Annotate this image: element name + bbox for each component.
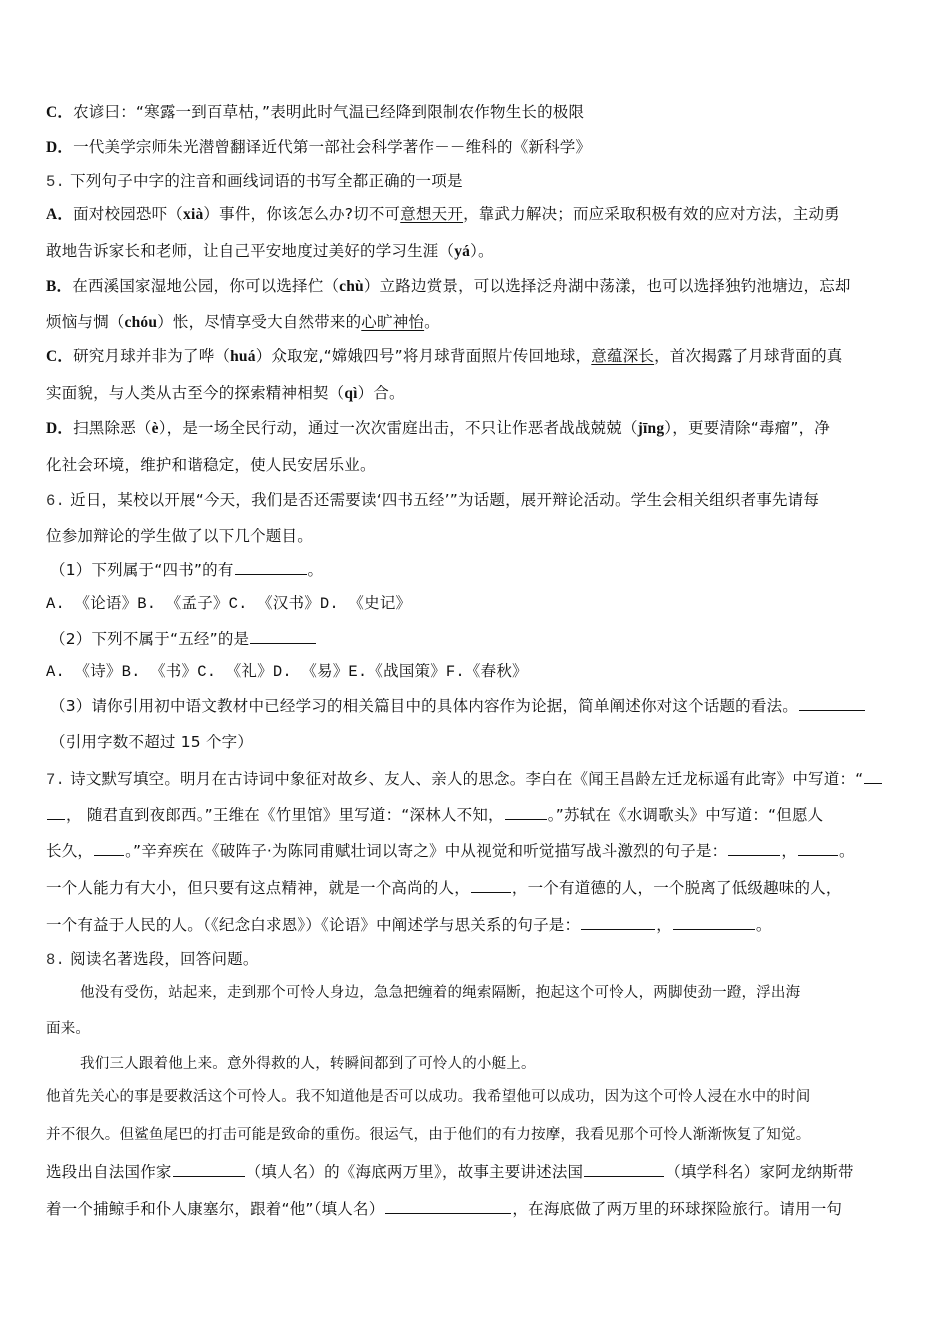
q8-excerpt-line5: 并不很久。但鲨鱼尾巴的打击可能是致命的重伤。很运气，由于他们的有力按摩，我看见那… (46, 1124, 908, 1146)
sub-question-text: （1）下列属于“四书”的有 (50, 561, 234, 579)
q5-stem: 5. 下列句子中字的注音和画线词语的书写全都正确的一项是 (46, 170, 908, 193)
text: 面对校园恐吓（ (73, 205, 183, 223)
q5-option-c-line1: C．研究月球并非为了哗（huá）众取宠,“嫦娥四号”将月球背面照片传回地球，意蕴… (46, 345, 908, 368)
text: 。 (839, 842, 855, 860)
q7-line1: 7. 诗文默写填空。明月在古诗词中象征对故乡、友人、亲人的思念。李白在《闻王昌龄… (46, 767, 908, 791)
question-text: 位参加辩论的学生做了以下几个题目。 (46, 527, 313, 545)
text: 一个有益于人民的人。（《纪念白求恩》）《论语》中阐述学与思关系的句子是： (46, 916, 580, 934)
q8-excerpt-line2: 面来。 (46, 1018, 908, 1040)
q8-excerpt-line1: 他没有受伤，站起来，走到那个可怜人身边，急急把缠着的绳索隔断，抱起这个可怜人，两… (80, 982, 942, 1004)
text: ， (656, 916, 672, 934)
text: ）事件，你该怎么办?切不可 (203, 205, 400, 223)
option-label: C． (46, 104, 73, 121)
q7-line5: 一个有益于人民的人。（《纪念白求恩》）《论语》中阐述学与思关系的句子是：，。 (46, 913, 908, 936)
option-label: D． (46, 420, 73, 437)
text: ），是一场全民行动，通过一次次雷庭出击，不只让作恶者战战兢兢（ (159, 419, 638, 437)
q5-option-b-line1: B．在西溪国家湿地公园，你可以选择伫（chù）立路边赏景，可以选择泛舟湖中荡漾，… (46, 275, 908, 298)
question-number: 6. (46, 492, 65, 510)
answer-blank[interactable] (505, 803, 547, 820)
text: 。”苏轼在《水调歌头》中写道：“但愿人 (548, 806, 824, 824)
q8-stem: 8. 阅读名著选段，回答问题。 (46, 948, 908, 971)
question-text: 近日，某校以开展“今天，我们是否还需要读‘四书五经’”为话题，展开辩论活动。学生… (70, 491, 819, 509)
options-text: A. 《诗》B. 《书》C. 《礼》D. 《易》E.《战国策》F.《春秋》 (46, 663, 528, 681)
question-number: 5. (46, 173, 65, 191)
text: 一个人能力有大小，但只要有这点精神，就是一个高尚的人， (46, 879, 470, 897)
q5-option-d-line2: 化社会环境，维护和谐稳定，使人民安居乐业。 (46, 454, 908, 476)
q6-sub1: （1）下列属于“四书”的有。 (50, 558, 912, 581)
pinyin: huá (230, 348, 256, 365)
sub-question-text: （3）请你引用初中语文教材中已经学习的相关篇目中的具体内容作为论据，简单阐述你对… (50, 697, 798, 715)
option-label: A． (46, 206, 73, 223)
text: 选段出自法国作家 (46, 1163, 172, 1181)
q6-sub2: （2）下列不属于“五经”的是 (50, 627, 912, 650)
text: ，靠武力解决；而应采取积极有效的应对方法，主动勇 (463, 205, 840, 223)
q6-stem-line2: 位参加辩论的学生做了以下几个题目。 (46, 525, 908, 547)
text: 化社会环境，维护和谐稳定，使人民安居乐业。 (46, 456, 376, 474)
exam-page: C．农谚曰：“寒露一到百草枯，”表明此时气温已经降到限制农作物生长的极限 D．一… (0, 0, 950, 1344)
q8-question-line2: 着一个捕鲸手和仆人康塞尔，跟着“他”（填人名），在海底做了两万里的环球探险旅行。… (46, 1197, 908, 1220)
text: 扫黑除恶（ (73, 419, 152, 437)
q6-stem-line1: 6. 近日，某校以开展“今天，我们是否还需要读‘四书五经’”为话题，展开辩论活动… (46, 489, 908, 512)
question-number: 8. (46, 951, 65, 969)
option-label: C． (46, 348, 73, 365)
text: ， 随君直到夜郎西。”王维在《竹里馆》里写道：“深林人不知， (66, 806, 504, 824)
text: ，在海底做了两万里的环球探险旅行。请用一句 (512, 1200, 842, 1218)
text: ， (781, 842, 797, 860)
text: ，一个有道德的人，一个脱离了低级趣味的人， (512, 879, 842, 897)
excerpt-text: 他没有受伤，站起来，走到那个可怜人身边，急急把缠着的绳索隔断，抱起这个可怜人，两… (80, 985, 800, 1001)
answer-blank[interactable] (250, 627, 316, 644)
q8-excerpt-line4: 他首先关心的事是要救活这个可怜人。我不知道他是否可以成功。我希望他可以成功，因为… (46, 1086, 908, 1108)
text: ），更要清除“毒瘤”，净 (664, 419, 830, 437)
pinyin: chóu (125, 314, 158, 331)
answer-blank[interactable] (673, 913, 755, 930)
text: （填学科名）家阿龙纳斯带 (665, 1163, 853, 1181)
text: 。”辛弃疾在《破阵子·为陈同甫赋壮词以寄之》中从视觉和听觉描写战斗激烈的句子是： (125, 842, 727, 860)
q8-excerpt-line3: 我们三人跟着他上来。意外得救的人，转瞬间都到了可怜人的小艇上。 (80, 1053, 942, 1075)
q7-line2: ， 随君直到夜郎西。”王维在《竹里馆》里写道：“深林人不知，。”苏轼在《水调歌头… (46, 803, 908, 826)
question-text: 诗文默写填空。明月在古诗词中象征对故乡、友人、亲人的思念。李白在《闻王昌龄左迁龙… (70, 770, 863, 788)
q4-option-c: C．农谚曰：“寒露一到百草枯，”表明此时气温已经降到限制农作物生长的极限 (46, 101, 908, 124)
text: 研究月球并非为了哗（ (73, 347, 230, 365)
option-label: D． (46, 139, 73, 156)
text: ）怅，尽情享受大自然带来的 (157, 313, 361, 331)
answer-blank[interactable] (471, 876, 511, 893)
q5-option-d-line1: D．扫黑除恶（è），是一场全民行动，通过一次次雷庭出击，不只让作恶者战战兢兢（j… (46, 417, 908, 440)
q6-sub3-note: （引用字数不超过 15 个字） (50, 731, 912, 753)
underlined-word: 意想天开 (400, 205, 463, 223)
text: ）众取宠,“嫦娥四号”将月球背面照片传回地球， (256, 347, 592, 365)
q6-sub3: （3）请你引用初中语文教材中已经学习的相关篇目中的具体内容作为论据，简单阐述你对… (50, 694, 912, 717)
q5-option-c-line2: 实面貌，与人类从古至今的探索精神相契（qì）合。 (46, 382, 908, 405)
answer-blank[interactable] (173, 1160, 245, 1177)
text: ，首次揭露了月球背面的真 (654, 347, 842, 365)
text: 。 (756, 916, 772, 934)
text: 长久， (46, 842, 93, 860)
underlined-word: 心旷神怡 (361, 313, 424, 331)
text: 在西溪国家湿地公园，你可以选择伫（ (72, 277, 339, 295)
option-text: 农谚曰：“寒露一到百草枯，”表明此时气温已经降到限制农作物生长的极限 (73, 103, 584, 121)
text: 着一个捕鲸手和仆人康塞尔，跟着“他”（填人名） (46, 1200, 384, 1218)
answer-blank[interactable] (94, 839, 124, 856)
answer-blank[interactable] (235, 558, 307, 575)
answer-blank[interactable] (798, 839, 838, 856)
options-text: A. 《论语》B. 《孟子》C. 《汉书》D. 《史记》 (46, 595, 411, 613)
text: 。 (424, 313, 440, 331)
text: 实面貌，与人类从古至今的探索精神相契（ (46, 384, 344, 402)
pinyin: è (152, 420, 159, 437)
excerpt-text: 我们三人跟着他上来。意外得救的人，转瞬间都到了可怜人的小艇上。 (80, 1056, 536, 1072)
question-number: 7. (46, 771, 65, 789)
question-text: 阅读名著选段，回答问题。 (70, 950, 258, 968)
answer-blank[interactable] (47, 803, 65, 820)
text: 敢地告诉家长和老师，让自己平安地度过美好的学习生涯（ (46, 242, 454, 260)
answer-blank[interactable] (728, 839, 780, 856)
option-text: 一代美学宗师朱光潜曾翻译近代第一部社会科学著作－－维科的《新科学》 (73, 138, 591, 156)
q7-line3: 长久，。”辛弃疾在《破阵子·为陈同甫赋壮词以寄之》中从视觉和听觉描写战斗激烈的句… (46, 839, 908, 862)
pinyin: yá (454, 243, 470, 260)
excerpt-text: 并不很久。但鲨鱼尾巴的打击可能是致命的重伤。很运气，由于他们的有力按摩，我看见那… (46, 1127, 810, 1143)
answer-blank[interactable] (799, 694, 865, 711)
answer-blank[interactable] (385, 1197, 511, 1214)
option-label: B． (46, 278, 72, 295)
pinyin: chù (339, 278, 364, 295)
pinyin: jīng (638, 420, 665, 437)
q6-sub1-options: A. 《论语》B. 《孟子》C. 《汉书》D. 《史记》 (46, 593, 908, 615)
q5-option-a-line2: 敢地告诉家长和老师，让自己平安地度过美好的学习生涯（yá）。 (46, 240, 908, 263)
note-text: （引用字数不超过 15 个字） (50, 733, 253, 751)
q8-question-line1: 选段出自法国作家（填人名）的《海底两万里》，故事主要讲述法国（填学科名）家阿龙纳… (46, 1160, 908, 1183)
q4-option-d: D．一代美学宗师朱光潜曾翻译近代第一部社会科学著作－－维科的《新科学》 (46, 136, 908, 159)
excerpt-text: 面来。 (46, 1021, 90, 1037)
underlined-word: 意蕴深长 (591, 347, 654, 365)
q5-option-b-line2: 烦恼与惆（chóu）怅，尽情享受大自然带来的心旷神怡。 (46, 311, 908, 334)
text: 。 (308, 561, 324, 579)
text: ）立路边赏景，可以选择泛舟湖中荡漾，也可以选择独钓池塘边，忘却 (364, 277, 851, 295)
answer-blank[interactable] (584, 1160, 664, 1177)
q7-line4: 一个人能力有大小，但只要有这点精神，就是一个高尚的人，，一个有道德的人，一个脱离… (46, 876, 908, 899)
sub-question-text: （2）下列不属于“五经”的是 (50, 630, 249, 648)
answer-blank[interactable] (581, 913, 655, 930)
q6-sub2-options: A. 《诗》B. 《书》C. 《礼》D. 《易》E.《战国策》F.《春秋》 (46, 661, 908, 683)
pinyin: qì (344, 385, 357, 402)
question-text: 下列句子中字的注音和画线词语的书写全都正确的一项是 (70, 172, 463, 190)
text: （填人名）的《海底两万里》，故事主要讲述法国 (246, 1163, 584, 1181)
text: 烦恼与惆（ (46, 313, 125, 331)
answer-blank[interactable] (864, 767, 882, 784)
excerpt-text: 他首先关心的事是要救活这个可怜人。我不知道他是否可以成功。我希望他可以成功，因为… (46, 1089, 810, 1105)
q5-option-a-line1: A．面对校园恐吓（xià）事件，你该怎么办?切不可意想天开，靠武力解决；而应采取… (46, 203, 908, 226)
pinyin: xià (183, 206, 203, 223)
text: ）。 (470, 242, 494, 260)
text: ）合。 (358, 384, 405, 402)
